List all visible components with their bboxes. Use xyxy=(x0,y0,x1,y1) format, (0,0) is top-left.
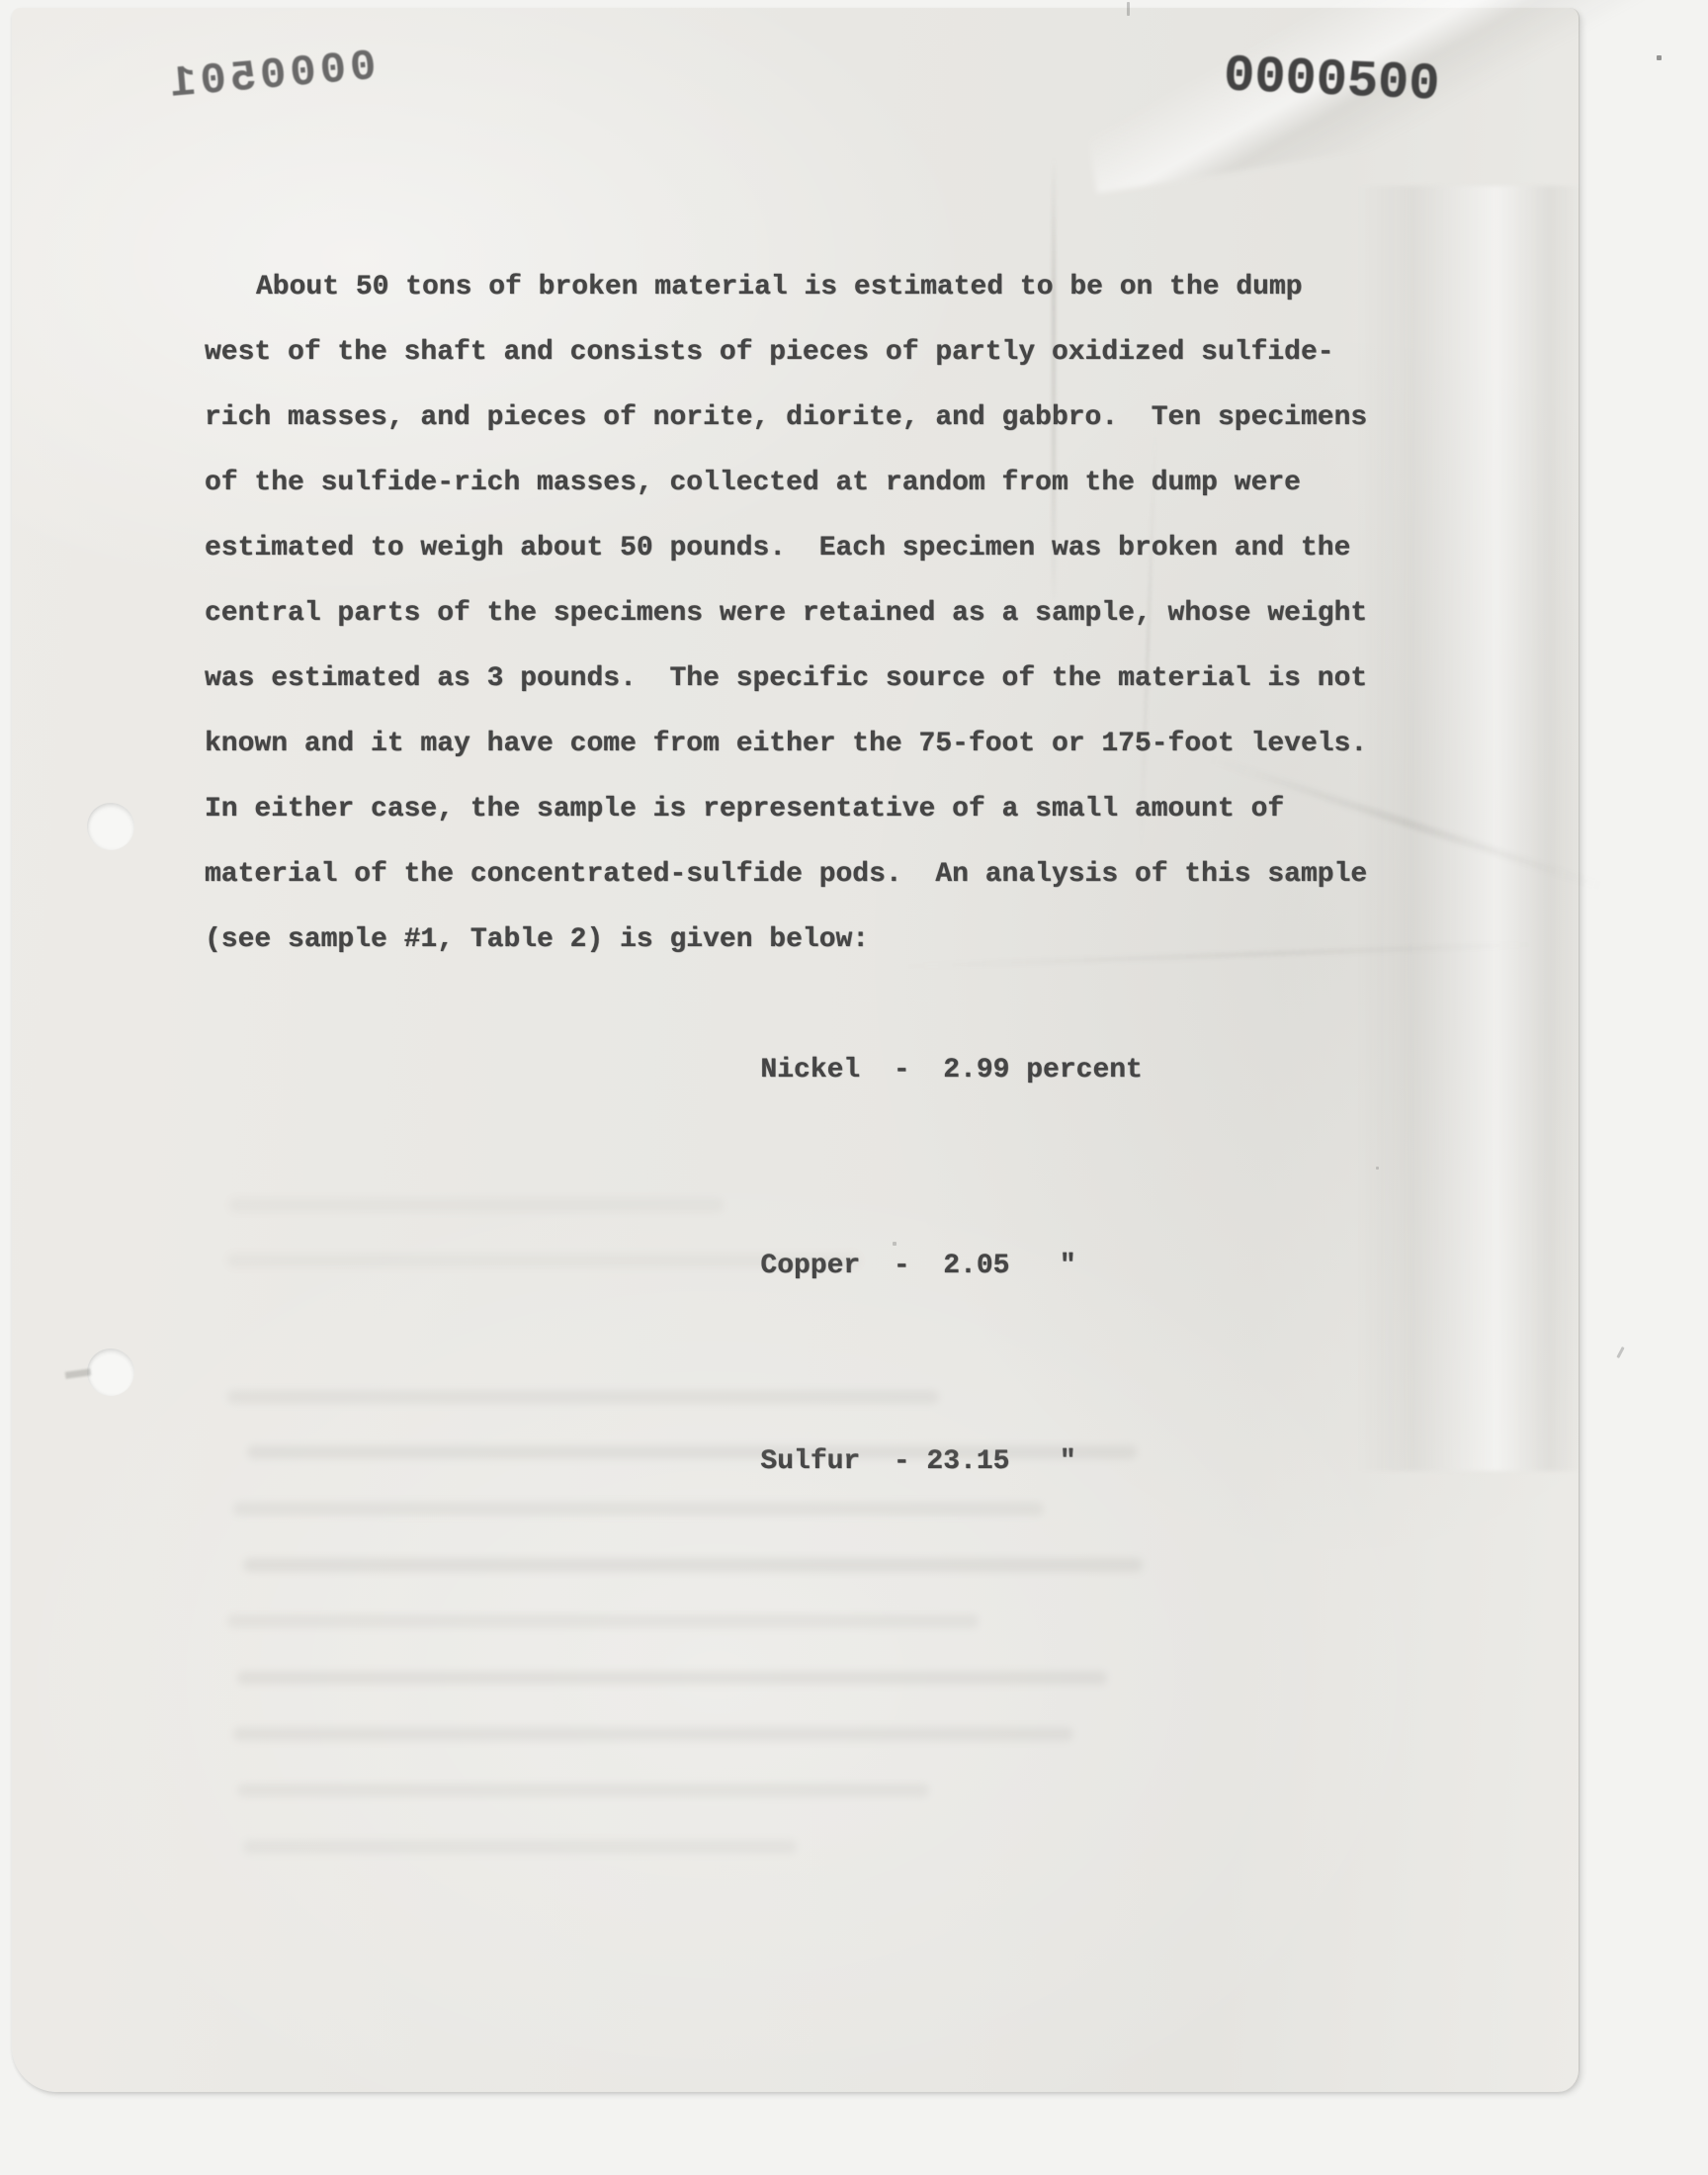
dash: - xyxy=(894,1038,910,1103)
page-number-stamp: 0000500 xyxy=(1223,46,1441,114)
element-value: 2.99 xyxy=(910,1038,1010,1103)
body-line: (see sample #1, Table 2) is given below: xyxy=(205,908,1450,973)
scan-speck xyxy=(1127,2,1130,16)
scan-speck xyxy=(1616,1347,1624,1358)
element-name: Nickel xyxy=(760,1038,860,1103)
element-value: 23.15 xyxy=(910,1430,1010,1495)
body-line: was estimated as 3 pounds. The specific … xyxy=(205,647,1450,712)
body-line: rich masses, and pieces of norite, diori… xyxy=(205,386,1450,451)
analysis-row-sulfur: Sulfur-23.15" xyxy=(628,1364,1450,1560)
analysis-row-copper: Copper-2.05" xyxy=(628,1169,1450,1364)
punch-hole xyxy=(87,803,134,850)
scanned-page-canvas: 0000501 0000500 About 50 tons of broken … xyxy=(0,0,1708,2175)
body-line: west of the shaft and consists of pieces… xyxy=(205,320,1450,386)
body-line: material of the concentrated-sulfide pod… xyxy=(205,842,1450,908)
element-name: Sulfur xyxy=(760,1430,860,1495)
dash: - xyxy=(894,1430,910,1495)
element-unit: percent xyxy=(1026,1038,1143,1103)
scan-speck xyxy=(1657,55,1662,60)
analysis-row-nickel: Nickel-2.99percent xyxy=(628,973,1450,1169)
body-line: known and it may have come from either t… xyxy=(205,712,1450,777)
punch-hole xyxy=(87,1348,134,1396)
typed-text-block: About 50 tons of broken material is esti… xyxy=(205,255,1450,1560)
scan-speck xyxy=(893,1242,897,1246)
element-value: 2.05 xyxy=(910,1234,1010,1299)
body-line: of the sulfide-rich masses, collected at… xyxy=(205,451,1450,516)
body-line: In either case, the sample is representa… xyxy=(205,777,1450,842)
ditto-mark: " xyxy=(1060,1234,1076,1299)
body-line: central parts of the specimens were reta… xyxy=(205,581,1450,647)
body-line: estimated to weigh about 50 pounds. Each… xyxy=(205,516,1450,581)
body-line: About 50 tons of broken material is esti… xyxy=(205,255,1450,320)
scan-speck xyxy=(1376,1167,1379,1170)
analysis-list: Nickel-2.99percent Copper-2.05" Sulfur-2… xyxy=(628,973,1450,1560)
ditto-mark: " xyxy=(1060,1430,1076,1495)
element-name: Copper xyxy=(760,1234,860,1299)
